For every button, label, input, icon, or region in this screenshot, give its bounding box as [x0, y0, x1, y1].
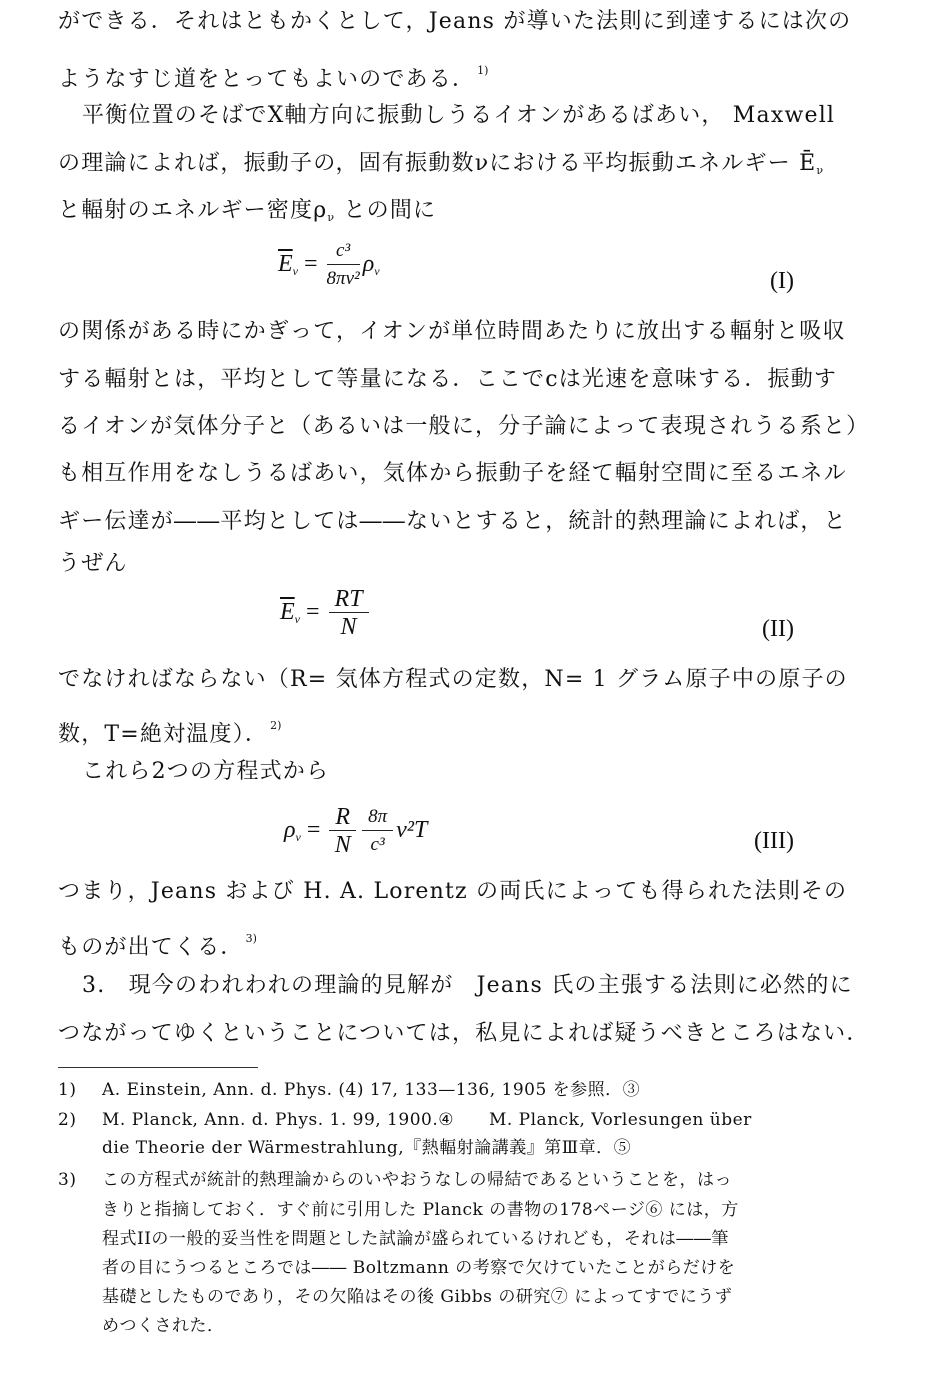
body-line-1: ができる．それはともかくとして，Jeans が導いた法則に到達するには次の [58, 8, 894, 36]
footnote-2: 2)M. Planck, Ann. d. Phys. 1. 99, 1900.④… [58, 1106, 894, 1134]
body-line-11: うぜん [58, 550, 894, 578]
footnote-text: きりと指摘しておく．すぐ前に引用した Planck の書物の178ページ⑥ には… [102, 1200, 739, 1220]
footnote-text: die Theorie der Wärmestrahlung,『熱輻射論講義』第… [102, 1138, 631, 1158]
equation-2: Eν = RTN [280, 586, 372, 641]
equation-number-1: (I) [770, 268, 794, 295]
footnote-3-cont: 者の目にうつるところでは―― Boltzmann の考察で欠けていたことがらだけ… [102, 1254, 894, 1282]
footnote-3-cont: 程式IIの一般的妥当性を問題とした試論が盛られているけれども，それは――筆 [102, 1225, 894, 1253]
text: 数，T=絶対温度）． [58, 722, 268, 747]
text: でなければならない（R= 気体方程式の定数，N= 1 グラム原子中の原子の [58, 667, 848, 692]
body-line-13: 数，T=絶対温度）．2) [58, 712, 894, 749]
equation-number-2: (II) [762, 616, 794, 643]
denominator: c³ [362, 831, 393, 859]
body-line-6: の関係がある時にかぎって，イオンが単位時間あたりに放出する輻射と吸収 [58, 318, 894, 346]
equation-3: ρν = RN8πc³ν²T [284, 804, 427, 859]
body-line-17: 3. 現今のわれわれの理論的見解が Jeans 氏の主張する法則に必然的に [82, 972, 918, 1000]
footnote-text: 者の目にうつるところでは―― Boltzmann の考察で欠けていたことがらだけ… [102, 1258, 735, 1278]
footnote-number: 1) [58, 1076, 102, 1104]
body-line-10: ギー伝達が――平均としては――ないとすると，統計的熱理論によれば，と [58, 508, 894, 536]
numerator: RT [329, 586, 369, 613]
text: ようなすじ道をとってもよいのである． [58, 67, 475, 92]
body-line-7: する輻射とは，平均として等量になる．ここでcは光速を意味する．振動す [58, 366, 894, 394]
text: も相互作用をなしうるばあい，気体から振動子を経て輻射空間に至るエネル [58, 461, 847, 486]
footnote-text: この方程式が統計的熱理論からのいやおうなしの帰結であるということを，はっ [102, 1170, 732, 1190]
footnote-number: 3) [58, 1166, 102, 1194]
text: の関係がある時にかぎって，イオンが単位時間あたりに放出する輻射と吸収 [58, 319, 846, 344]
footnote-3-cont: めつくされた． [102, 1312, 894, 1340]
equation-number-3: (III) [754, 828, 794, 855]
footnote-number: 2) [58, 1106, 102, 1134]
body-line-12: でなければならない（R= 気体方程式の定数，N= 1 グラム原子中の原子の [58, 666, 894, 694]
text: これら2つの方程式から [82, 759, 329, 784]
text: つながってゆくということについては，私見によれば疑うべきところはない． [58, 1021, 870, 1046]
eq-lhs: E [280, 599, 295, 625]
footnote-text: A. Einstein, Ann. d. Phys. (4) 17, 133—1… [102, 1080, 640, 1100]
text: つまり，Jeans および H. A. Lorentz の両氏によっても得られた… [58, 879, 847, 904]
footnote-ref-2[interactable]: 2) [270, 719, 281, 732]
text: うぜん [58, 551, 128, 576]
footnote-2-cont: die Theorie der Wärmestrahlung,『熱輻射論講義』第… [102, 1134, 894, 1162]
body-line-3: 平衡位置のそばでX軸方向に振動しうるイオンがあるばあい， Maxwell [82, 102, 918, 130]
numerator: 8π [362, 804, 393, 831]
text: ギー伝達が――平均としては――ないとすると，統計的熱理論によれば，と [58, 509, 847, 534]
numerator: R [329, 804, 356, 831]
eq-sub: ν [374, 264, 379, 278]
text: 3. 現今のわれわれの理論的見解が Jeans 氏の主張する法則に必然的に [82, 973, 853, 998]
text: の理論によれば，振動子の，固有振動数νにおける平均振動エネルギー Ē [58, 151, 816, 176]
footnote-3-cont: きりと指摘しておく．すぐ前に引用した Planck の書物の178ページ⑥ には… [102, 1196, 894, 1224]
body-line-14: これら2つの方程式から [82, 758, 918, 786]
eq-tail: ν²T [396, 817, 427, 843]
numerator: c³ [327, 238, 360, 265]
eq-lhs: ρ [284, 817, 296, 843]
footnote-3-cont: 基礎としたものであり，その欠陥はその後 Gibbs の研究⑦ によってすでにうず [102, 1283, 894, 1311]
denominator: N [329, 613, 369, 641]
subscript-nu: ν [327, 211, 335, 224]
footnote-text: めつくされた． [102, 1316, 225, 1336]
footnote-ref-3[interactable]: 3) [246, 932, 257, 945]
denominator: 8πν² [327, 265, 360, 293]
footnote-divider [58, 1067, 258, 1068]
fraction-1: RN [329, 804, 356, 859]
body-line-8: るイオンが気体分子と（あるいは一般に，分子論によって表現されうる系と） [58, 413, 894, 441]
footnote-1: 1)A. Einstein, Ann. d. Phys. (4) 17, 133… [58, 1076, 894, 1104]
body-line-2: ようなすじ道をとってもよいのである．1) [58, 57, 894, 94]
text: ができる．それはともかくとして，Jeans が導いた法則に到達するには次の [58, 9, 851, 34]
text: 平衡位置のそばでX軸方向に振動しうるイオンがあるばあい， Maxwell [82, 103, 835, 128]
fraction-2: 8πc³ [362, 804, 393, 859]
body-line-16: ものが出てくる．3) [58, 925, 894, 962]
subscript-nu: ν [816, 164, 824, 177]
footnote-text: 基礎としたものであり，その欠陥はその後 Gibbs の研究⑦ によってすでにうず [102, 1287, 732, 1307]
body-line-4: の理論によれば，振動子の，固有振動数νにおける平均振動エネルギー Ēν [58, 150, 894, 185]
body-line-9: も相互作用をなしうるばあい，気体から振動子を経て輻射空間に至るエネル [58, 460, 894, 488]
equation-1: Eν = c³8πν²ρν [278, 238, 380, 293]
eq-rhs: ρ [363, 251, 375, 277]
text: する輻射とは，平均として等量になる．ここでcは光速を意味する．振動す [58, 367, 837, 392]
text: と輻射のエネルギー密度ρ [58, 198, 327, 223]
eq-lhs: E [278, 251, 293, 277]
footnote-text: M. Planck, Ann. d. Phys. 1. 99, 1900.④ M… [102, 1110, 752, 1130]
footnote-text: 程式IIの一般的妥当性を問題とした試論が盛られているけれども，それは――筆 [102, 1229, 729, 1249]
body-line-5: と輻射のエネルギー密度ρν との間に [58, 197, 894, 232]
text: るイオンが気体分子と（あるいは一般に，分子論によって表現されうる系と） [58, 414, 869, 439]
fraction: c³8πν² [327, 238, 360, 293]
text: との間に [343, 198, 436, 223]
body-line-15: つまり，Jeans および H. A. Lorentz の両氏によっても得られた… [58, 878, 894, 906]
body-line-18: つながってゆくということについては，私見によれば疑うべきところはない． [58, 1020, 894, 1048]
footnote-3: 3)この方程式が統計的熱理論からのいやおうなしの帰結であるということを，はっ [58, 1166, 894, 1194]
denominator: N [329, 831, 356, 859]
footnote-ref-1[interactable]: 1) [477, 64, 488, 77]
fraction: RTN [329, 586, 369, 641]
text: ものが出てくる． [58, 935, 244, 960]
